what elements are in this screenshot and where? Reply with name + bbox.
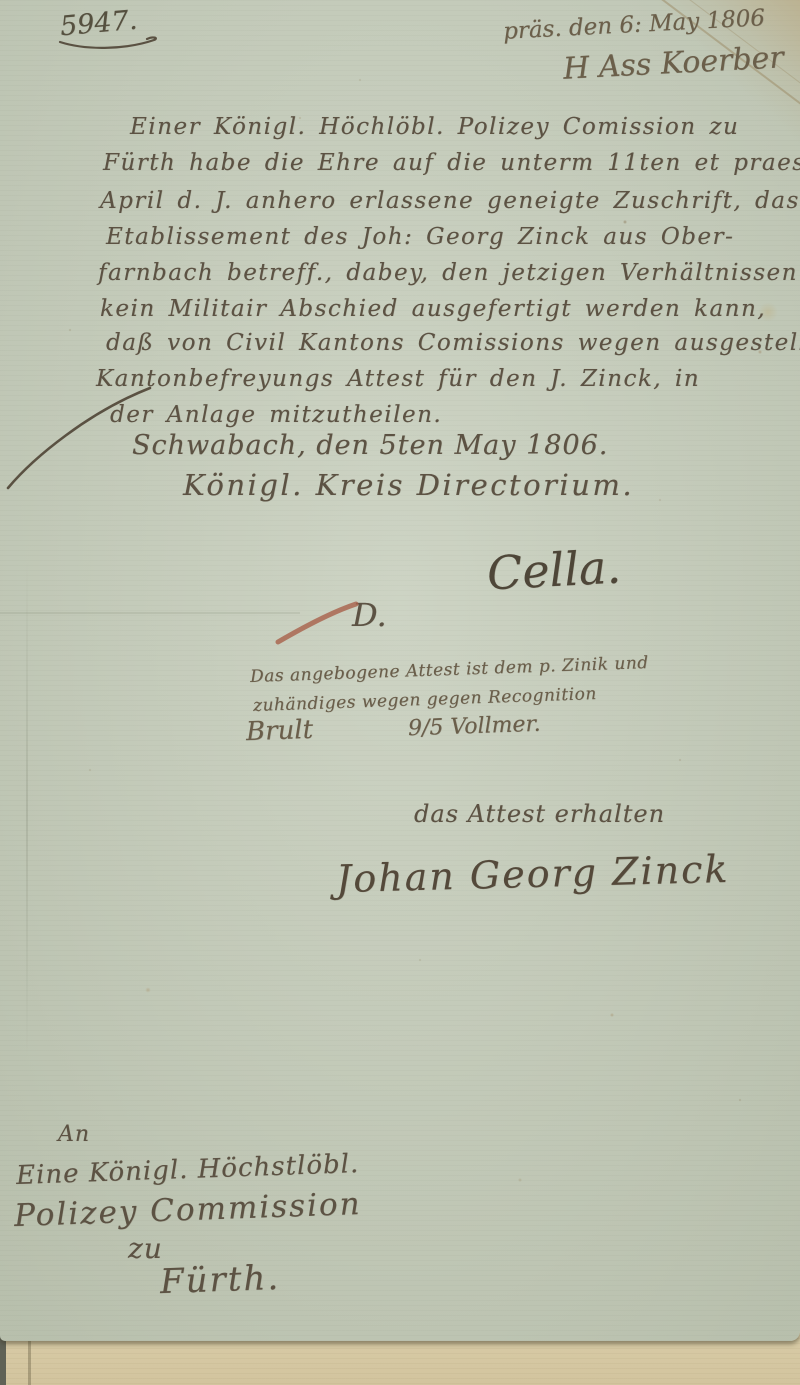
- address-line: Polizey Commission: [13, 1186, 362, 1234]
- receipt-line: das Attest erhalten: [414, 800, 665, 828]
- address-line: An: [58, 1122, 90, 1147]
- place-date-line: Schwabach, den 5ten May 1806.: [132, 430, 608, 461]
- under-page-crease: [28, 1339, 31, 1385]
- body-line: kein Militair Abschied ausgefertigt werd…: [100, 296, 766, 322]
- body-line: Kantonbefreyungs Attest für den J. Zinck…: [96, 366, 700, 392]
- body-line: Einer Königl. Höchlöbl. Polizey Comissio…: [130, 114, 739, 140]
- horizontal-crease: [0, 612, 300, 614]
- manuscript-scan: 5947. präs. den 6: May 1806 H Ass Koerbe…: [0, 0, 800, 1385]
- vertical-fold-line: [26, 560, 28, 1060]
- disposition-note-line: zuhändiges wegen gegen Recognition: [253, 684, 597, 716]
- address-line: Eine Königl. Höchstlöbl.: [16, 1149, 360, 1191]
- body-line: Fürth habe die Ehre auf die unterm 11ten…: [103, 150, 800, 176]
- red-pencil-mark: [272, 598, 362, 648]
- recipient-signature: Johan Georg Zinck: [335, 847, 729, 901]
- issuer-line: Königl. Kreis Directorium.: [183, 468, 634, 502]
- disposition-note-line: Das angebogene Attest ist dem p. Zinik u…: [250, 653, 649, 687]
- address-line: zu: [128, 1232, 163, 1265]
- official-signature: Cella.: [486, 540, 623, 601]
- body-line: farnbach betreff., dabey, den jetzigen V…: [98, 260, 798, 286]
- body-line: April d. J. anhero erlassene geneigte Zu…: [100, 188, 800, 214]
- body-line: daß von Civil Kantons Comissions wegen a…: [106, 330, 800, 356]
- body-line: Etablissement des Joh: Georg Zinck aus O…: [106, 224, 734, 250]
- body-line: der Anlage mitzutheilen.: [110, 402, 442, 428]
- docket-underline-flourish: [58, 36, 163, 56]
- manuscript-page: 5947. präs. den 6: May 1806 H Ass Koerbe…: [0, 0, 800, 1341]
- disposition-note-date-signature: 9/5 Vollmer.: [408, 712, 541, 742]
- address-line: Fürth.: [159, 1258, 280, 1302]
- disposition-note-signature: Brult: [245, 715, 313, 747]
